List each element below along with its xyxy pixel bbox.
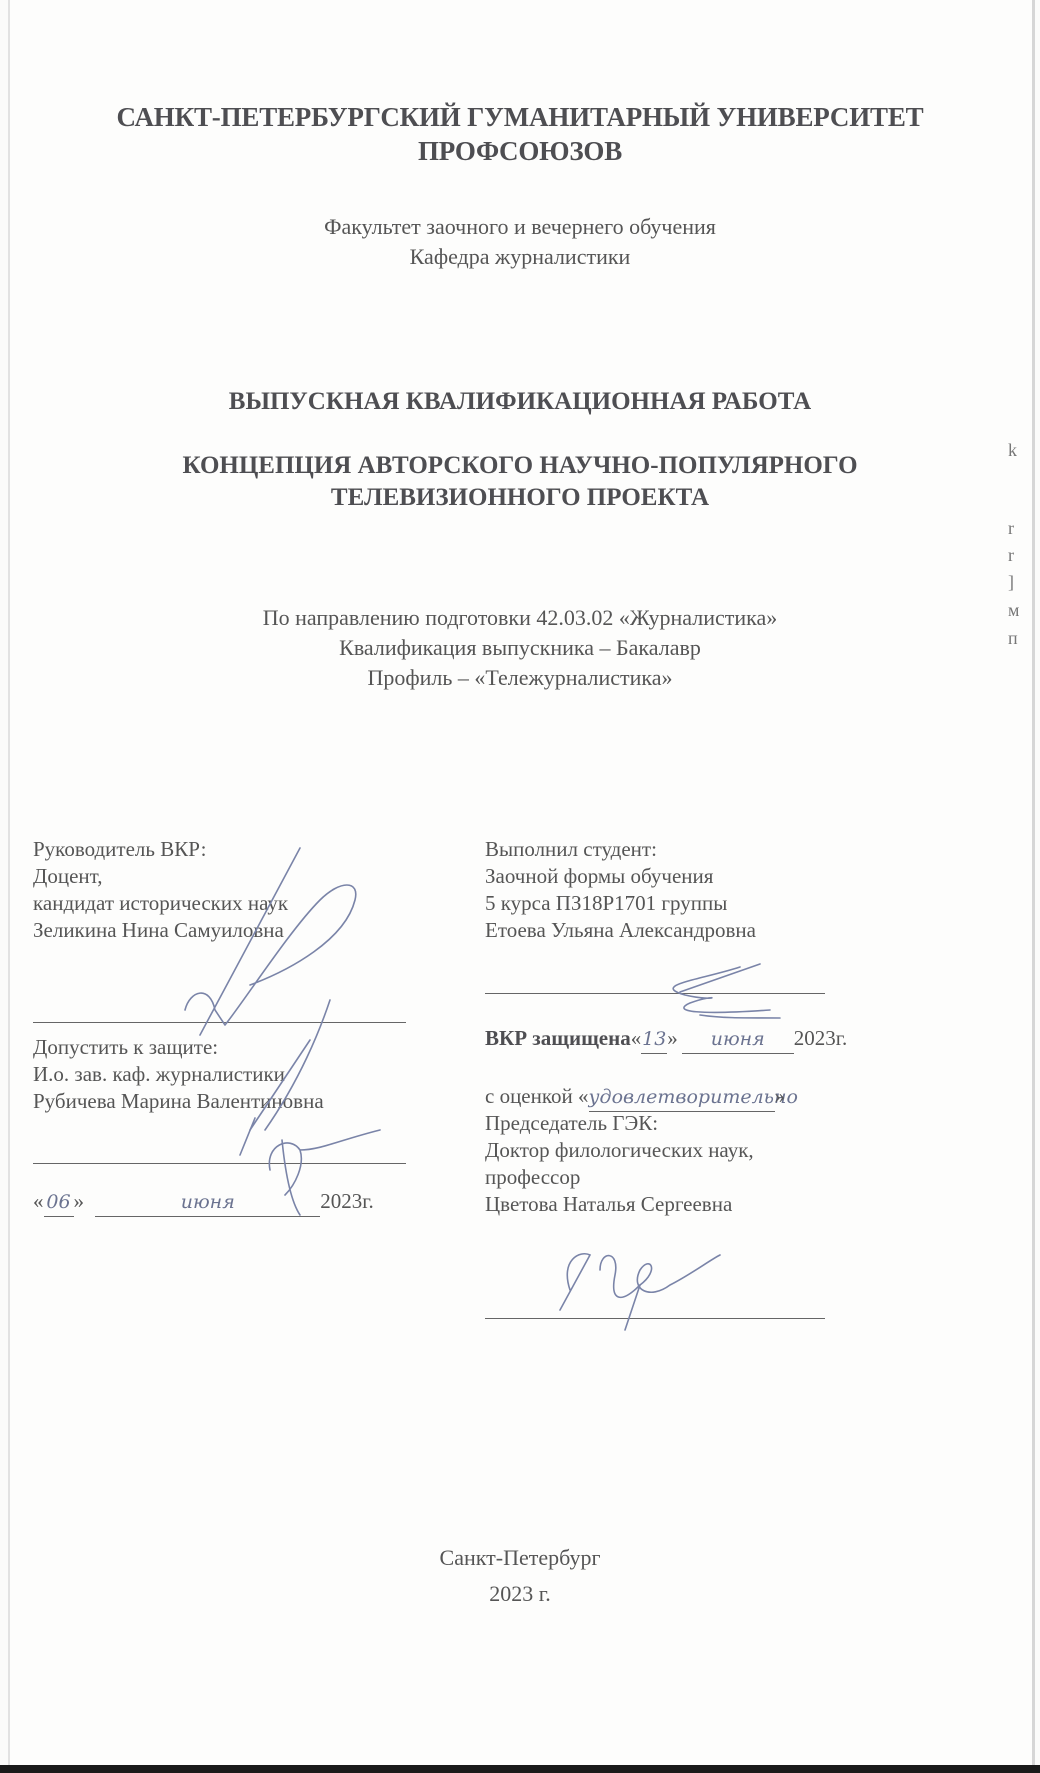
bleed-through-text: м: [1008, 600, 1019, 621]
scan-bottom-edge: [0, 1765, 1040, 1773]
footer-year: 2023 г.: [0, 1576, 1040, 1612]
bleed-through-text: п: [1008, 628, 1018, 649]
commission-signature-icon: [560, 1254, 720, 1330]
footer: Санкт-Петербург 2023 г.: [0, 1540, 1040, 1612]
handwritten-signatures: [0, 0, 1040, 1773]
footer-city: Санкт-Петербург: [0, 1540, 1040, 1576]
bleed-through-text: r: [1008, 545, 1014, 566]
student-signature-icon: [673, 964, 780, 1018]
supervisor-signature-icon: [185, 848, 356, 1155]
admission-signature-icon: [250, 1040, 380, 1215]
bleed-through-text: r: [1008, 518, 1014, 539]
bleed-through-text: k: [1008, 440, 1017, 461]
bleed-through-text: ]: [1008, 572, 1014, 593]
